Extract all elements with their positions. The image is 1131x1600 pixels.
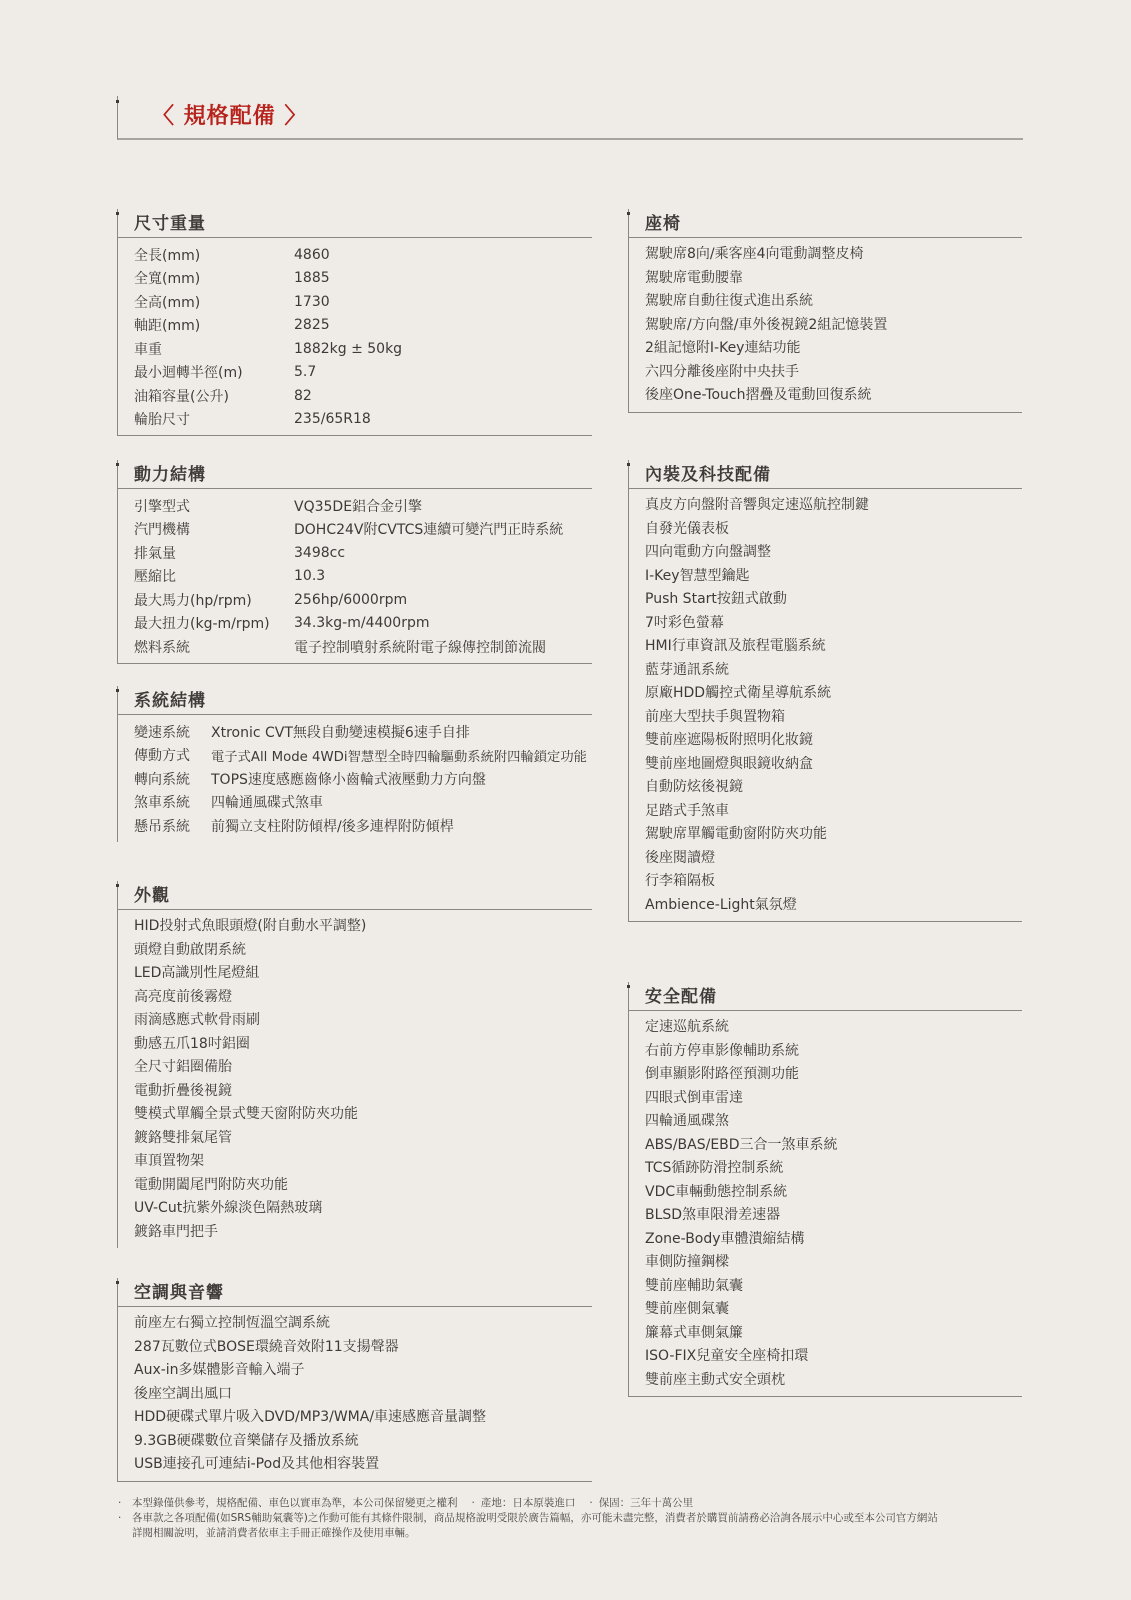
spec-value: 電子式All Mode 4WDi智慧型全時四輪驅動系統附四輪鎖定功能 <box>211 746 587 765</box>
list-item: 真皮方向盤附音響與定速巡航控制鍵 <box>645 494 1022 518</box>
list-item: VDC車輛動態控制系統 <box>645 1181 1022 1205</box>
list-item: 雙前座側氣囊 <box>645 1298 1022 1322</box>
spec-label: 最大馬力(hp/rpm) <box>134 590 294 610</box>
spec-label: 引擎型式 <box>134 496 294 516</box>
bullet: · <box>118 1511 132 1526</box>
list-item: 駕駛席/方向盤/車外後視鏡2組記憶裝置 <box>645 314 1022 338</box>
equipment-notice: 各車款之各項配備(如SRS輔助氣囊等)之作動可能有其條件限制，商品規格說明受限於… <box>132 1511 938 1526</box>
spec-row: 汽門機構DOHC24V附CVTCS連續可變汽門正時系統 <box>134 518 592 542</box>
list-item: 定速巡航系統 <box>645 1016 1022 1040</box>
list-item: LED高識別性尾燈組 <box>134 962 592 986</box>
list-item: Push Start按鈕式啟動 <box>645 588 1022 612</box>
list-item: 後座閱讀燈 <box>645 847 1022 871</box>
list-item: HID投射式魚眼頭燈(附自動水平調整) <box>134 915 592 939</box>
list-item: 原廠HDD觸控式衛星導航系統 <box>645 682 1022 706</box>
list-item: 287瓦數位式BOSE環繞音效附11支揚聲器 <box>134 1336 592 1360</box>
section-title: 安全配備 <box>645 982 717 1007</box>
footnote-line: · 各車款之各項配備(如SRS輔助氣囊等)之作動可能有其條件限制，商品規格說明受… <box>118 1511 1028 1526</box>
spec-label: 汽門機構 <box>134 519 294 539</box>
feature-list: 真皮方向盤附音響與定速巡航控制鍵 自發光儀表板 四向電動方向盤調整 I-Key智… <box>628 489 1022 922</box>
spec-row: 油箱容量(公升)82 <box>134 384 592 408</box>
spec-row: 最小迴轉半徑(m)5.7 <box>134 361 592 385</box>
section-header: 座椅 <box>628 209 1022 238</box>
equipment-notice-cont: 詳閱相關說明，並請消費者依車主手冊正確操作及使用車輛。 <box>118 1526 1028 1541</box>
list-item: 雨滴感應式軟骨雨刷 <box>134 1009 592 1033</box>
section-title: 空調與音響 <box>134 1278 224 1303</box>
spec-row: 變速系統Xtronic CVT無段自動變速模擬6速手自排 <box>134 720 592 744</box>
list-item: 足踏式手煞車 <box>645 800 1022 824</box>
spec-value: 3498cc <box>294 545 345 561</box>
list-item: 行李箱隔板 <box>645 870 1022 894</box>
list-item: 電動折疊後視鏡 <box>134 1080 592 1104</box>
spec-row: 輪胎尺寸235/65R18 <box>134 408 592 432</box>
list-item: TCS循跡防滑控制系統 <box>645 1157 1022 1181</box>
spec-value: 10.3 <box>294 568 325 584</box>
list-item: 自動防炫後視鏡 <box>645 776 1022 800</box>
spec-label: 煞車系統 <box>134 792 211 812</box>
section-title: 內裝及科技配備 <box>645 460 771 485</box>
spec-label: 油箱容量(公升) <box>134 386 294 406</box>
list-item: 右前方停車影像輔助系統 <box>645 1040 1022 1064</box>
list-item: BLSD煞車限滑差速器 <box>645 1204 1022 1228</box>
section-title: 座椅 <box>645 209 681 234</box>
list-item: 雙前座地圖燈與眼鏡收納盒 <box>645 753 1022 777</box>
spec-label: 壓縮比 <box>134 566 294 586</box>
page-title-bar: 〈 規格配備 〉 <box>117 96 1023 140</box>
warranty-text: 保固：三年十萬公里 <box>599 1496 694 1511</box>
list-item: 倒車顯影附路徑預測功能 <box>645 1063 1022 1087</box>
section-title: 尺寸重量 <box>134 209 206 234</box>
spec-label: 軸距(mm) <box>134 315 294 335</box>
spec-row: 全高(mm)1730 <box>134 290 592 314</box>
section-title: 系統結構 <box>134 686 206 711</box>
spec-row: 最大扭力(kg-m/rpm)34.3kg-m/4400rpm <box>134 612 592 636</box>
list-item: 電動開闔尾門附防夾功能 <box>134 1174 592 1198</box>
spec-row: 引擎型式VQ35DE鋁合金引擎 <box>134 494 592 518</box>
section-safety: 安全配備 定速巡航系統 右前方停車影像輔助系統 倒車顯影附路徑預測功能 四眼式倒… <box>628 982 1022 1397</box>
list-item: 自發光儀表板 <box>645 518 1022 542</box>
section-seats: 座椅 駕駛席8向/乘客座4向電動調整皮椅 駕駛席電動腰靠 駕駛席自動往復式進出系… <box>628 209 1022 413</box>
spec-label: 傳動方式 <box>134 745 211 765</box>
list-item: HMI行車資訊及旅程電腦系統 <box>645 635 1022 659</box>
section-audio: 空調與音響 前座左右獨立控制恆溫空調系統 287瓦數位式BOSE環繞音效附11支… <box>117 1278 592 1482</box>
spec-row: 燃料系統電子控制噴射系統附電子線傳控制節流閥 <box>134 635 592 659</box>
list-item: 車側防撞鋼樑 <box>645 1251 1022 1275</box>
spec-value: 82 <box>294 388 312 404</box>
spec-value: 5.7 <box>294 364 316 380</box>
list-item: Aux-in多媒體影音輸入端子 <box>134 1359 592 1383</box>
list-item: 鍍鉻雙排氣尾管 <box>134 1127 592 1151</box>
spec-label: 變速系統 <box>134 722 211 742</box>
list-item: 駕駛席自動往復式進出系統 <box>645 290 1022 314</box>
feature-list: 定速巡航系統 右前方停車影像輔助系統 倒車顯影附路徑預測功能 四眼式倒車雷達 四… <box>628 1011 1022 1397</box>
spec-row: 傳動方式電子式All Mode 4WDi智慧型全時四輪驅動系統附四輪鎖定功能 <box>134 744 592 768</box>
disclaimer-text: 本型錄僅供參考，規格配備、車色以實車為準，本公司保留變更之權利 <box>132 1496 458 1511</box>
section-header: 空調與音響 <box>117 1278 592 1307</box>
spec-row: 懸吊系統前獨立支柱附防傾桿/後多連桿附防傾桿 <box>134 814 592 838</box>
list-item: 頭燈自動啟閉系統 <box>134 939 592 963</box>
list-item: 駕駛席電動腰靠 <box>645 267 1022 291</box>
list-item: 駕駛席8向/乘客座4向電動調整皮椅 <box>645 243 1022 267</box>
list-item: UV-Cut抗紫外線淡色隔熱玻璃 <box>134 1197 592 1221</box>
section-header: 動力結構 <box>117 460 592 489</box>
spec-label: 全高(mm) <box>134 292 294 312</box>
spec-table: 變速系統Xtronic CVT無段自動變速模擬6速手自排 傳動方式電子式All … <box>117 715 592 842</box>
spec-label: 燃料系統 <box>134 637 294 657</box>
list-item: 前座大型扶手與置物箱 <box>645 706 1022 730</box>
spec-value: 1885 <box>294 270 330 286</box>
spec-row: 全寬(mm)1885 <box>134 267 592 291</box>
feature-list: 前座左右獨立控制恆溫空調系統 287瓦數位式BOSE環繞音效附11支揚聲器 Au… <box>117 1307 592 1482</box>
spec-value: 235/65R18 <box>294 411 371 427</box>
section-header: 內裝及科技配備 <box>628 460 1022 489</box>
list-item: 六四分離後座附中央扶手 <box>645 361 1022 385</box>
list-item: 雙前座輔助氣囊 <box>645 1275 1022 1299</box>
list-item: ISO-FIX兒童安全座椅扣環 <box>645 1345 1022 1369</box>
spec-value: DOHC24V附CVTCS連續可變汽門正時系統 <box>294 519 563 539</box>
spec-value: 四輪通風碟式煞車 <box>211 792 323 812</box>
spec-value: 1882kg ± 50kg <box>294 341 402 357</box>
list-item: Zone-Body車體潰縮結構 <box>645 1228 1022 1252</box>
page-title: 〈 規格配備 〉 <box>152 99 307 130</box>
spec-label: 最大扭力(kg-m/rpm) <box>134 613 294 633</box>
section-header: 尺寸重量 <box>117 209 592 238</box>
spec-row: 軸距(mm)2825 <box>134 314 592 338</box>
section-header: 系統結構 <box>117 686 592 715</box>
footnote-line: · 本型錄僅供參考，規格配備、車色以實車為準，本公司保留變更之權利 · 產地：日… <box>118 1496 1028 1511</box>
section-title: 外觀 <box>134 881 170 906</box>
bullet: · <box>118 1496 132 1511</box>
spec-table: 全長(mm)4860 全寬(mm)1885 全高(mm)1730 軸距(mm)2… <box>117 238 592 436</box>
section-dimensions: 尺寸重量 全長(mm)4860 全寬(mm)1885 全高(mm)1730 軸距… <box>117 209 592 436</box>
spec-row: 車重1882kg ± 50kg <box>134 337 592 361</box>
spec-label: 全寬(mm) <box>134 268 294 288</box>
spec-value: 4860 <box>294 247 330 263</box>
list-item: 後座空調出風口 <box>134 1383 592 1407</box>
spec-row: 全長(mm)4860 <box>134 243 592 267</box>
spec-value: 34.3kg-m/4400rpm <box>294 615 429 631</box>
section-title: 動力結構 <box>134 460 206 485</box>
list-item: 鍍鉻車門把手 <box>134 1221 592 1245</box>
list-item: HDD硬碟式單片吸入DVD/MP3/WMA/車速感應音量調整 <box>134 1406 592 1430</box>
list-item: 後座One-Touch摺疊及電動回復系統 <box>645 384 1022 408</box>
list-item: 全尺寸鋁圈備胎 <box>134 1056 592 1080</box>
list-item: 雙前座遮陽板附照明化妝鏡 <box>645 729 1022 753</box>
spec-row: 轉向系統TOPS速度感應齒條小齒輪式液壓動力方向盤 <box>134 767 592 791</box>
section-interior: 內裝及科技配備 真皮方向盤附音響與定速巡航控制鍵 自發光儀表板 四向電動方向盤調… <box>628 460 1022 922</box>
list-item: 高亮度前後霧燈 <box>134 986 592 1010</box>
list-item: USB連接孔可連結i-Pod及其他相容裝置 <box>134 1453 592 1477</box>
spec-label: 最小迴轉半徑(m) <box>134 362 294 382</box>
spec-label: 懸吊系統 <box>134 816 211 836</box>
spec-value: VQ35DE鋁合金引擎 <box>294 496 422 516</box>
spec-row: 煞車系統四輪通風碟式煞車 <box>134 791 592 815</box>
list-item: 前座左右獨立控制恆溫空調系統 <box>134 1312 592 1336</box>
feature-list: HID投射式魚眼頭燈(附自動水平調整) 頭燈自動啟閉系統 LED高識別性尾燈組 … <box>117 910 592 1248</box>
list-item: 四向電動方向盤調整 <box>645 541 1022 565</box>
spec-value: TOPS速度感應齒條小齒輪式液壓動力方向盤 <box>211 769 486 789</box>
list-item: 7吋彩色螢幕 <box>645 612 1022 636</box>
spec-row: 最大馬力(hp/rpm)256hp/6000rpm <box>134 588 592 612</box>
list-item: 駕駛席單觸電動窗附防夾功能 <box>645 823 1022 847</box>
list-item: 2組記憶附I-Key連結功能 <box>645 337 1022 361</box>
spec-value: 1730 <box>294 294 330 310</box>
list-item: I-Key智慧型鑰匙 <box>645 565 1022 589</box>
spec-table: 引擎型式VQ35DE鋁合金引擎 汽門機構DOHC24V附CVTCS連續可變汽門正… <box>117 489 592 664</box>
list-item: 雙模式單觸全景式雙天窗附防夾功能 <box>134 1103 592 1127</box>
list-item: 簾幕式車側氣簾 <box>645 1322 1022 1346</box>
list-item: 車頂置物架 <box>134 1150 592 1174</box>
list-item: 動感五爪18吋鋁圈 <box>134 1033 592 1057</box>
footnotes: · 本型錄僅供參考，規格配備、車色以實車為準，本公司保留變更之權利 · 產地：日… <box>118 1496 1028 1541</box>
section-powertrain: 動力結構 引擎型式VQ35DE鋁合金引擎 汽門機構DOHC24V附CVTCS連續… <box>117 460 592 664</box>
list-item: ABS/BAS/EBD三合一煞車系統 <box>645 1134 1022 1158</box>
list-item: 雙前座主動式安全頭枕 <box>645 1369 1022 1393</box>
spec-label: 全長(mm) <box>134 245 294 265</box>
section-header: 外觀 <box>117 881 592 910</box>
spec-label: 排氣量 <box>134 543 294 563</box>
spec-row: 排氣量3498cc <box>134 541 592 565</box>
origin-text: 產地：日本原裝進口 <box>481 1496 576 1511</box>
spec-value: Xtronic CVT無段自動變速模擬6速手自排 <box>211 722 470 742</box>
list-item: 四輪通風碟煞 <box>645 1110 1022 1134</box>
spec-label: 輪胎尺寸 <box>134 409 294 429</box>
spec-row: 壓縮比10.3 <box>134 565 592 589</box>
spec-label: 轉向系統 <box>134 769 211 789</box>
spec-label: 車重 <box>134 339 294 359</box>
spec-value: 2825 <box>294 317 330 333</box>
section-systems: 系統結構 變速系統Xtronic CVT無段自動變速模擬6速手自排 傳動方式電子… <box>117 686 592 842</box>
list-item: 9.3GB硬碟數位音樂儲存及播放系統 <box>134 1430 592 1454</box>
spec-value: 256hp/6000rpm <box>294 592 407 608</box>
list-item: Ambience-Light氣氛燈 <box>645 894 1022 918</box>
section-exterior: 外觀 HID投射式魚眼頭燈(附自動水平調整) 頭燈自動啟閉系統 LED高識別性尾… <box>117 881 592 1248</box>
list-item: 藍芽通訊系統 <box>645 659 1022 683</box>
spec-value: 電子控制噴射系統附電子線傳控制節流閥 <box>294 637 546 657</box>
list-item: 四眼式倒車雷達 <box>645 1087 1022 1111</box>
feature-list: 駕駛席8向/乘客座4向電動調整皮椅 駕駛席電動腰靠 駕駛席自動往復式進出系統 駕… <box>628 238 1022 413</box>
spec-value: 前獨立支柱附防傾桿/後多連桿附防傾桿 <box>211 816 454 836</box>
section-header: 安全配備 <box>628 982 1022 1011</box>
